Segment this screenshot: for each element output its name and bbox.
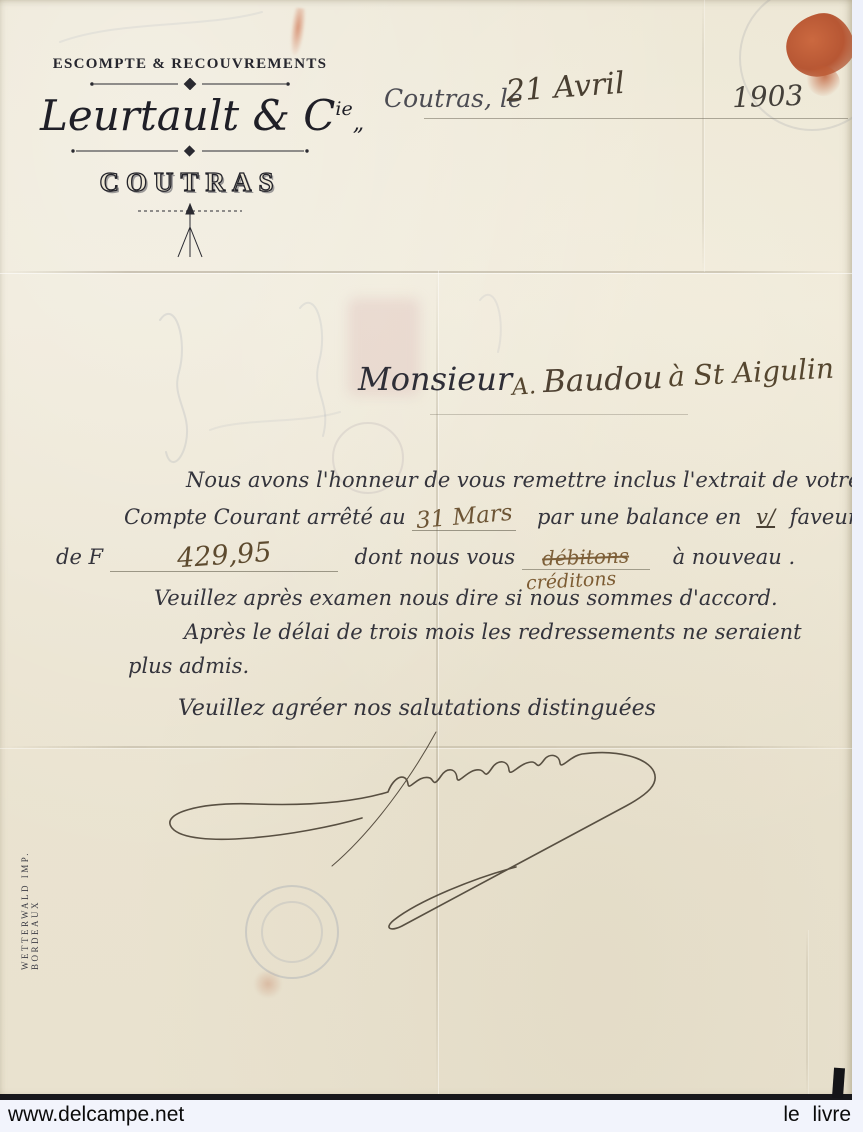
company-name-main: Leurtault & C xyxy=(40,91,335,140)
letterhead-city: COUTRAS xyxy=(40,167,340,198)
body-para-3-line-1: Après le délai de trois mois les redress… xyxy=(184,620,802,644)
body-line2-mid: par une balance en xyxy=(537,505,741,529)
company-name-mark: „ xyxy=(353,111,364,136)
recipient-title: Monsieur xyxy=(358,360,512,398)
scan-stage: ESCOMPTE & RECOUVREMENTS Leurtault & Cie… xyxy=(0,0,863,1132)
watermark-site: www.delcampe.net xyxy=(8,1103,184,1127)
body-line3-amount: 429,95 xyxy=(176,537,272,575)
recipient-name: Baudou xyxy=(542,360,663,400)
dateline-rule xyxy=(424,118,848,119)
scan-corner-shadow xyxy=(832,1068,845,1099)
divider-ornament-icon xyxy=(70,145,310,157)
body-line2-pre: Compte Courant arrêté au xyxy=(124,505,406,529)
body-line3-pre: de F xyxy=(56,545,103,569)
body-line2-end: faveur xyxy=(790,505,852,529)
recipient-rule xyxy=(430,414,688,415)
divider-ornament-icon xyxy=(90,78,290,90)
scan-edge-strip xyxy=(852,0,863,1100)
body-line2-date: 31 Mars xyxy=(415,500,514,534)
recipient-initial: A. xyxy=(511,373,537,401)
body-para-2: Veuillez après examen nous dire si nous … xyxy=(154,586,778,610)
body-line-2: Compte Courant arrêté au 31 Mars par une… xyxy=(124,504,852,531)
body-line3-struck-fill: débitons créditons xyxy=(522,545,650,570)
printer-credit: WETTERWALD IMP. BORDEAUX xyxy=(20,795,40,970)
body-line-1: Nous avons l'honneur de vous remettre in… xyxy=(186,468,852,492)
watermark-bar: www.delcampe.net le livre xyxy=(0,1100,863,1132)
body-line2-hand: v/ xyxy=(756,505,775,529)
body-line-3: de F 429,95 dont nous vous débitons créd… xyxy=(56,540,795,572)
body-line3-mid: dont nous vous xyxy=(355,545,516,569)
dateline-place-label: Coutras, le xyxy=(384,84,523,113)
body-line3-amount-fill: 429,95 xyxy=(110,540,338,572)
company-name-suffix: ie xyxy=(335,98,352,120)
company-name: Leurtault & Cie„ xyxy=(40,92,340,140)
arrow-ornament-icon xyxy=(130,203,250,261)
body-line3-end: à nouveau . xyxy=(673,545,796,569)
letter-paper: ESCOMPTE & RECOUVREMENTS Leurtault & Cie… xyxy=(0,0,852,1100)
body-line3-struck-word: débitons xyxy=(542,543,630,570)
letterhead-tagline: ESCOMPTE & RECOUVREMENTS xyxy=(40,56,340,73)
body-para-3-line-2: plus admis. xyxy=(128,654,249,678)
watermark-caption: le livre xyxy=(783,1103,851,1127)
body-line2-date-fill: 31 Mars xyxy=(412,504,516,531)
signature-flourish xyxy=(150,718,670,938)
dateline-year: 1903 xyxy=(731,79,803,114)
letterhead: ESCOMPTE & RECOUVREMENTS Leurtault & Cie… xyxy=(40,56,340,261)
